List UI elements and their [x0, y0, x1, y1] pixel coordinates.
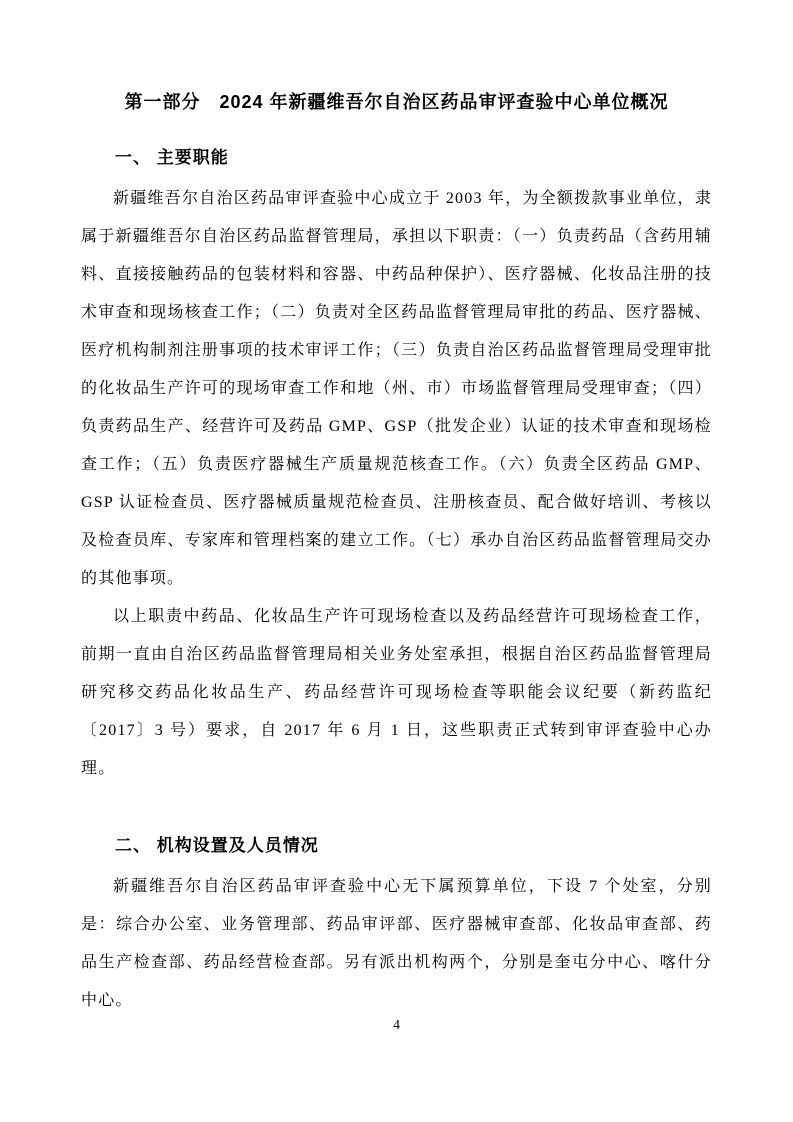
- section-heading-main-functions: 一、 主要职能: [81, 146, 712, 170]
- paragraph-functions-duties: 新疆维吾尔自治区药品审评查验中心成立于 2003 年，为全额拨款事业单位，隶属于…: [81, 180, 712, 598]
- paragraph-duties-transfer: 以上职责中药品、化妆品生产许可现场检查以及药品经营许可现场检查工作，前期一直由自…: [81, 598, 712, 788]
- document-title: 第一部分 2024 年新疆维吾尔自治区药品审评查验中心单位概况: [81, 88, 712, 116]
- paragraph-organization-structure: 新疆维吾尔自治区药品审评查验中心无下属预算单位，下设 7 个处室，分别是：综合办…: [81, 868, 712, 1020]
- page-number: 4: [0, 1016, 793, 1036]
- document-page: 第一部分 2024 年新疆维吾尔自治区药品审评查验中心单位概况 一、 主要职能 …: [0, 0, 793, 1122]
- section-heading-organization-staff: 二、 机构设置及人员情况: [81, 834, 712, 858]
